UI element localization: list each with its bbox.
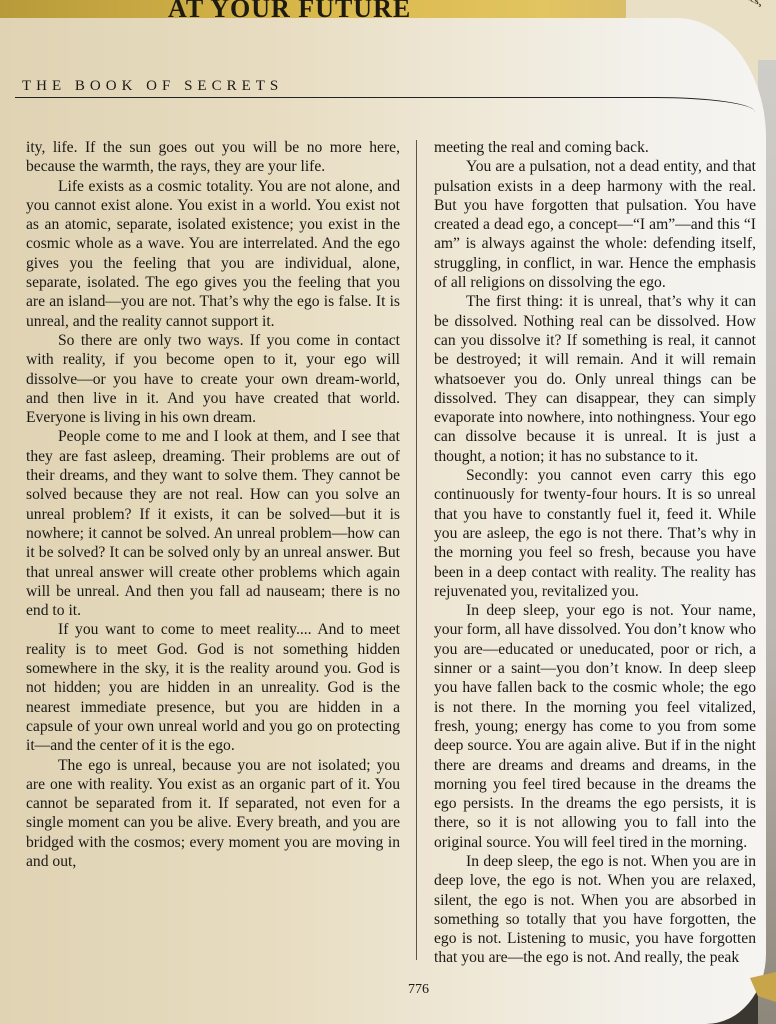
paragraph: You are a pulsation, not a dead entity, … — [434, 157, 756, 292]
paragraph: In deep sleep, the ego is not. When you … — [434, 852, 756, 968]
running-head: The Book of Secrets — [22, 78, 283, 95]
left-column: ity, life. If the sun goes out you will … — [26, 138, 400, 871]
paragraph: So there are only two ways. If you come … — [26, 331, 400, 427]
right-column: meeting the real and coming back. You ar… — [434, 138, 756, 968]
column-divider — [416, 140, 417, 960]
paragraph: Secondly: you cannot even carry this ego… — [434, 466, 756, 601]
paragraph: ity, life. If the sun goes out you will … — [26, 138, 400, 177]
header-rule — [15, 97, 755, 112]
paragraph: People come to me and I look at them, an… — [26, 427, 400, 620]
paragraph: In deep sleep, your ego is not. Your nam… — [434, 601, 756, 852]
paragraph: The ego is unreal, because you are not i… — [26, 756, 400, 872]
page-number: 776 — [408, 982, 429, 998]
paragraph: The first thing: it is unreal, that’s wh… — [434, 292, 756, 466]
paragraph: meeting the real and coming back. — [434, 138, 756, 157]
paragraph: Life exists as a cosmic totality. You ar… — [26, 177, 400, 331]
paragraph: If you want to come to meet reality.... … — [26, 620, 400, 755]
